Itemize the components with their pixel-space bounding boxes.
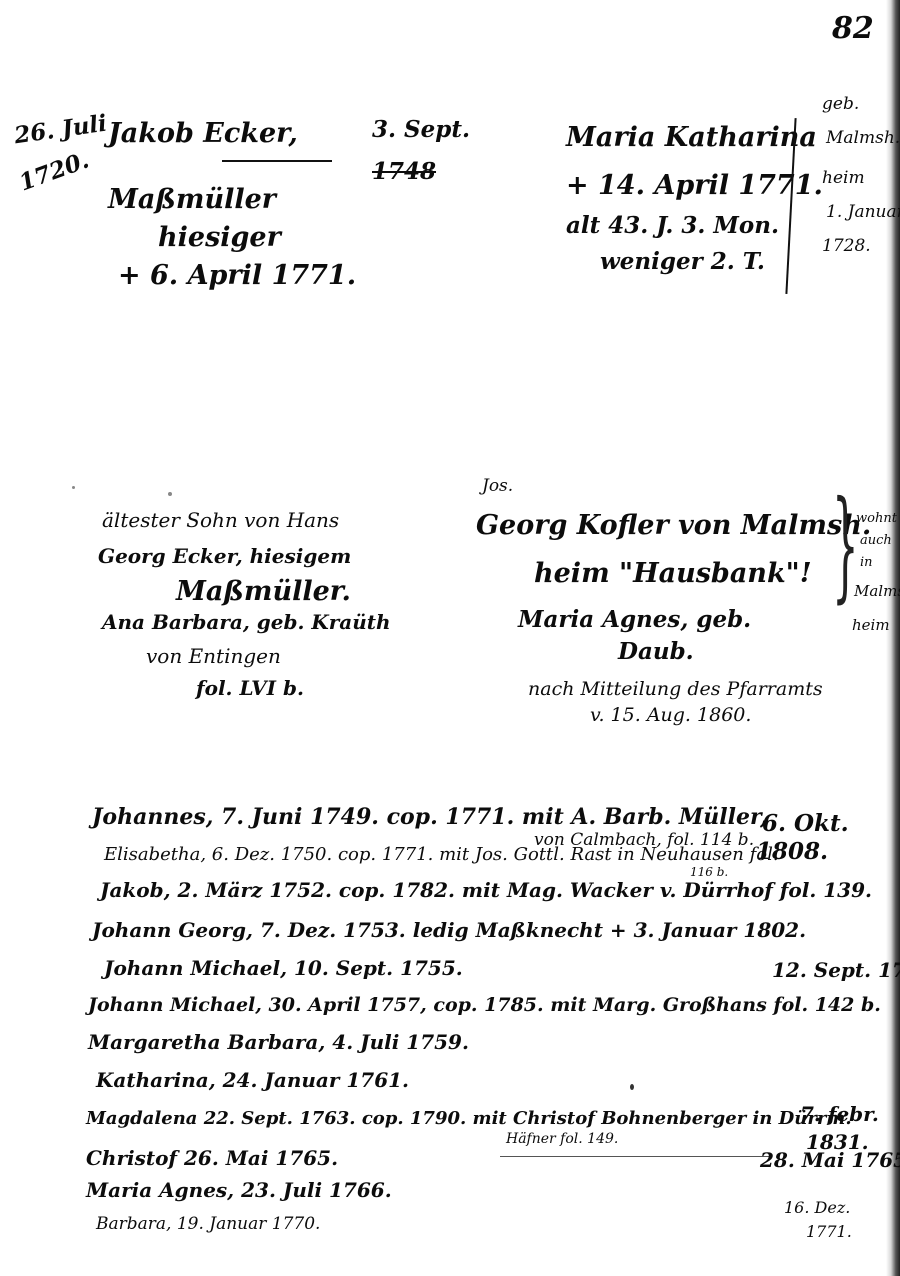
mother-death: + 14. April 1771. <box>566 172 823 199</box>
separator-line <box>500 1156 770 1157</box>
child-row: Johann Michael, 10. Sept. 1755. <box>104 958 463 978</box>
child-row-death: 16. Dez. <box>784 1200 850 1216</box>
child-row-death: 28. Mai 1765. <box>760 1150 900 1170</box>
parents-note-line-5: von Entingen <box>146 646 281 666</box>
residence-line-1: Georg Kofler von Malmsh. <box>476 512 871 539</box>
residence-line-6: v. 15. Aug. 1860. <box>590 706 751 725</box>
parents-note-line-6: fol. LVI b. <box>196 678 304 698</box>
child-row: Barbara, 19. Januar 1770. <box>96 1216 320 1233</box>
child-row-death: 12. Sept. 1755. <box>772 960 900 980</box>
child-row: Katharina, 24. Januar 1761. <box>96 1070 409 1090</box>
name-underline <box>222 160 332 162</box>
residence-side-5: heim <box>852 618 890 633</box>
child-row: Jakob, 2. März 1752. cop. 1782. mit Mag.… <box>100 880 872 900</box>
mother-side-note-1: geb. <box>822 96 859 113</box>
father-occupation: Maßmüller <box>108 186 276 213</box>
ink-speck <box>168 492 172 496</box>
child-row-death-year: 1771. <box>806 1224 852 1240</box>
mother-side-note-4: 1. Januar <box>826 204 900 221</box>
child-row: Elisabetha, 6. Dez. 1750. cop. 1771. mit… <box>104 846 779 864</box>
child-row: Johannes, 7. Juni 1749. cop. 1771. mit A… <box>92 806 768 828</box>
residence-line-3: Maria Agnes, geb. <box>518 608 751 631</box>
residence-prefix: Jos. <box>482 478 513 495</box>
parents-note-line-3: Maßmüller. <box>176 578 351 605</box>
residence-side-3: in <box>860 556 873 569</box>
page-number: 82 <box>832 14 874 44</box>
parents-note-line-4: Ana Barbara, geb. Kraüth <box>102 612 391 632</box>
register-page: 82 26. Juli 1720. Jakob Ecker, 3. Sept. … <box>0 0 900 1276</box>
child-row: Maria Agnes, 23. Juli 1766. <box>86 1180 392 1200</box>
residence-line-2: heim "Hausbank"! <box>534 560 812 587</box>
child-row: Margaretha Barbara, 4. Juli 1759. <box>88 1032 469 1052</box>
father-marriage-year: 1720. <box>16 148 92 194</box>
residence-line-5: nach Mitteilung des Pfarramts <box>528 680 823 699</box>
residence-side-1: wohnt <box>856 512 897 525</box>
residence-side-2: auch <box>860 534 892 547</box>
child-row-death: 6. Okt. <box>762 812 849 835</box>
mother-side-note-2: Malmsh. <box>826 130 900 147</box>
mother-side-note-5: 1728. <box>822 238 871 255</box>
father-birth-day: 3. Sept. <box>372 118 470 141</box>
child-row-death: 7. febr. <box>800 1104 879 1124</box>
child-row: Magdalena 22. Sept. 1763. cop. 1790. mit… <box>86 1110 852 1128</box>
father-place: hiesiger <box>158 224 281 251</box>
father-birth-year: 1748 <box>372 160 436 183</box>
mother-side-note-3: heim <box>822 170 865 187</box>
ink-speck <box>72 486 75 489</box>
mother-age: alt 43. J. 3. Mon. <box>566 214 779 237</box>
parents-note-line-2: Georg Ecker, hiesigem <box>98 546 351 566</box>
child-row: Johann Georg, 7. Dez. 1753. ledig Maßkne… <box>92 920 806 940</box>
residence-side-4: Malmsh. <box>854 584 900 599</box>
child-row: Johann Michael, 30. April 1757, cop. 178… <box>88 996 881 1015</box>
parents-note-line-1: ältester Sohn von Hans <box>102 510 339 530</box>
mother-name: Maria Katharina <box>566 124 817 151</box>
mother-age-2: weniger 2. T. <box>600 250 765 273</box>
child-row: Christof 26. Mai 1765. <box>86 1148 338 1168</box>
father-death: + 6. April 1771. <box>118 262 356 289</box>
page-binding-edge <box>886 0 900 1276</box>
child-row-sub: 116 b. <box>690 866 728 878</box>
residence-line-4: Daub. <box>618 640 694 663</box>
father-name: Jakob Ecker, <box>108 120 298 147</box>
child-row-sub: Häfner fol. 149. <box>506 1132 618 1146</box>
ink-speck <box>630 1084 634 1090</box>
father-marriage-day: 26. Juli <box>13 112 108 148</box>
